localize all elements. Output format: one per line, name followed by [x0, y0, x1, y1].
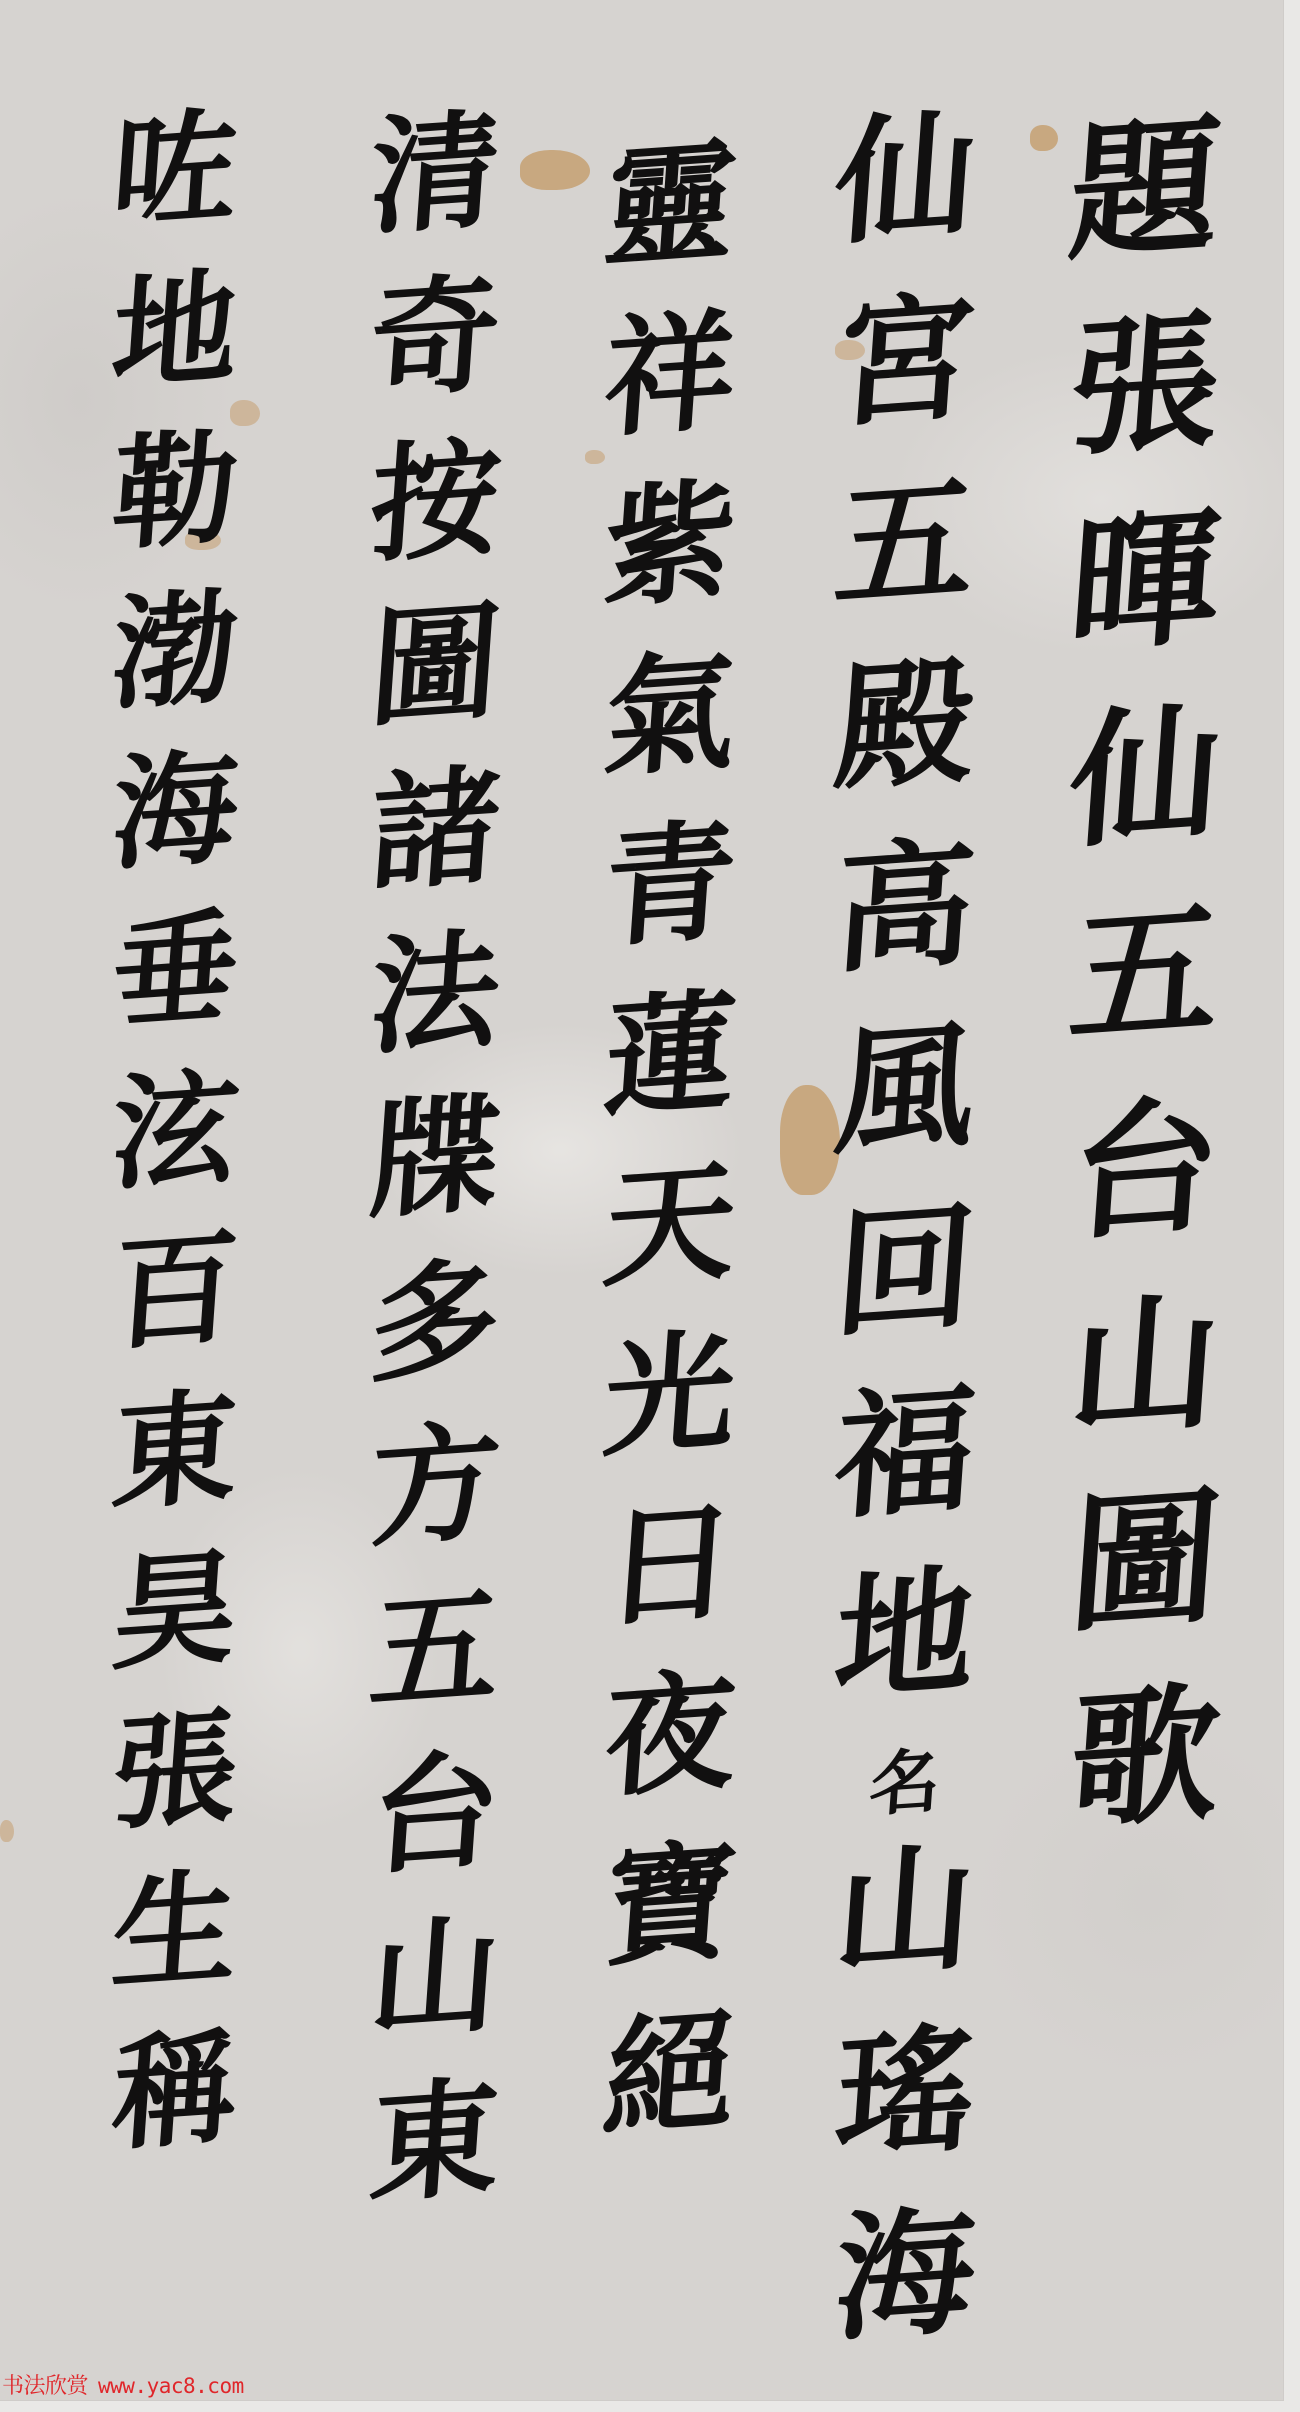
glyph: 宮 — [831, 287, 980, 434]
glyph: 法 — [366, 926, 504, 1063]
glyph: 圖 — [1065, 1482, 1225, 1640]
glyph: 百 — [108, 1226, 242, 1358]
glyph: 五 — [366, 1582, 504, 1719]
glyph: 海 — [831, 2201, 980, 2348]
site-watermark: 书法欣赏www.yac8.com — [2, 2369, 244, 2400]
watermark-url: www.yac8.com — [98, 2374, 244, 2398]
glyph: 青 — [600, 816, 740, 955]
glyph: 東 — [366, 2074, 504, 2211]
glyph: 歌 — [1065, 1678, 1225, 1836]
calligraphy-column-3: 靈 祥 紫 氣 青 蓮 天 光 日 夜 寶 絕 — [580, 140, 760, 2180]
glyph: 勒 — [108, 426, 242, 558]
glyph: 蓮 — [600, 986, 740, 1125]
glyph: 名 — [867, 1746, 942, 1821]
glyph: 東 — [108, 1386, 242, 1518]
glyph: 靈 — [600, 136, 740, 275]
glyph: 暉 — [1065, 502, 1225, 660]
paper-stain — [0, 1820, 14, 1842]
glyph: 昊 — [108, 1546, 242, 1678]
glyph: 風 — [831, 1015, 980, 1162]
glyph: 牒 — [366, 1090, 504, 1227]
glyph: 寶 — [600, 1836, 740, 1975]
glyph: 張 — [108, 1706, 242, 1838]
calligraphy-column-title: 題 張 暉 仙 五 台 山 圖 歌 — [1055, 115, 1235, 1879]
glyph: 清 — [366, 106, 504, 243]
glyph: 瑤 — [831, 2019, 980, 2166]
glyph: 題 — [1065, 110, 1225, 268]
glyph: 山 — [831, 1837, 980, 1984]
calligraphy-column-4: 清 奇 按 圖 諸 法 牒 多 方 五 台 山 東 — [345, 110, 525, 2242]
glyph: 海 — [108, 746, 242, 878]
glyph: 夜 — [600, 1666, 740, 1805]
glyph: 五 — [1065, 894, 1225, 1052]
glyph: 日 — [600, 1496, 740, 1635]
glyph: 稱 — [108, 2026, 242, 2158]
glyph: 泫 — [108, 1066, 242, 1198]
glyph: 仙 — [1065, 698, 1225, 856]
glyph: 圖 — [366, 598, 504, 735]
glyph: 殿 — [831, 651, 980, 798]
paper-stain — [1030, 125, 1058, 151]
glyph: 奇 — [366, 270, 504, 407]
glyph: 多 — [366, 1254, 504, 1391]
glyph: 張 — [1065, 306, 1225, 464]
glyph: 山 — [1065, 1286, 1225, 1444]
glyph: 諸 — [366, 762, 504, 899]
glyph: 仙 — [831, 105, 980, 252]
glyph: 生 — [108, 1866, 242, 1998]
glyph: 方 — [366, 1418, 504, 1555]
calligraphy-column-2: 仙 宮 五 殿 高 風 回 福 地 名 山 瑤 海 — [815, 110, 995, 2388]
glyph: 天 — [600, 1156, 740, 1295]
calligraphy-column-5: 咗 地 勒 渤 海 垂 泫 百 東 昊 張 生 稱 — [90, 110, 260, 2190]
glyph: 山 — [366, 1910, 504, 2047]
glyph: 咗 — [108, 106, 242, 238]
glyph: 五 — [831, 469, 980, 616]
glyph: 祥 — [600, 306, 740, 445]
glyph: 氣 — [600, 646, 740, 785]
glyph: 絕 — [600, 2006, 740, 2145]
glyph: 回 — [831, 1197, 980, 1344]
glyph: 垂 — [108, 906, 242, 1038]
watermark-label: 书法欣赏 — [2, 2374, 88, 2399]
glyph: 福 — [831, 1379, 980, 1526]
glyph: 地 — [831, 1561, 980, 1708]
glyph: 高 — [831, 833, 980, 980]
glyph: 按 — [366, 434, 504, 571]
glyph: 地 — [108, 266, 242, 398]
glyph: 台 — [366, 1746, 504, 1883]
glyph: 渤 — [108, 586, 242, 718]
glyph: 紫 — [600, 476, 740, 615]
glyph: 台 — [1065, 1090, 1225, 1248]
glyph: 光 — [600, 1326, 740, 1465]
